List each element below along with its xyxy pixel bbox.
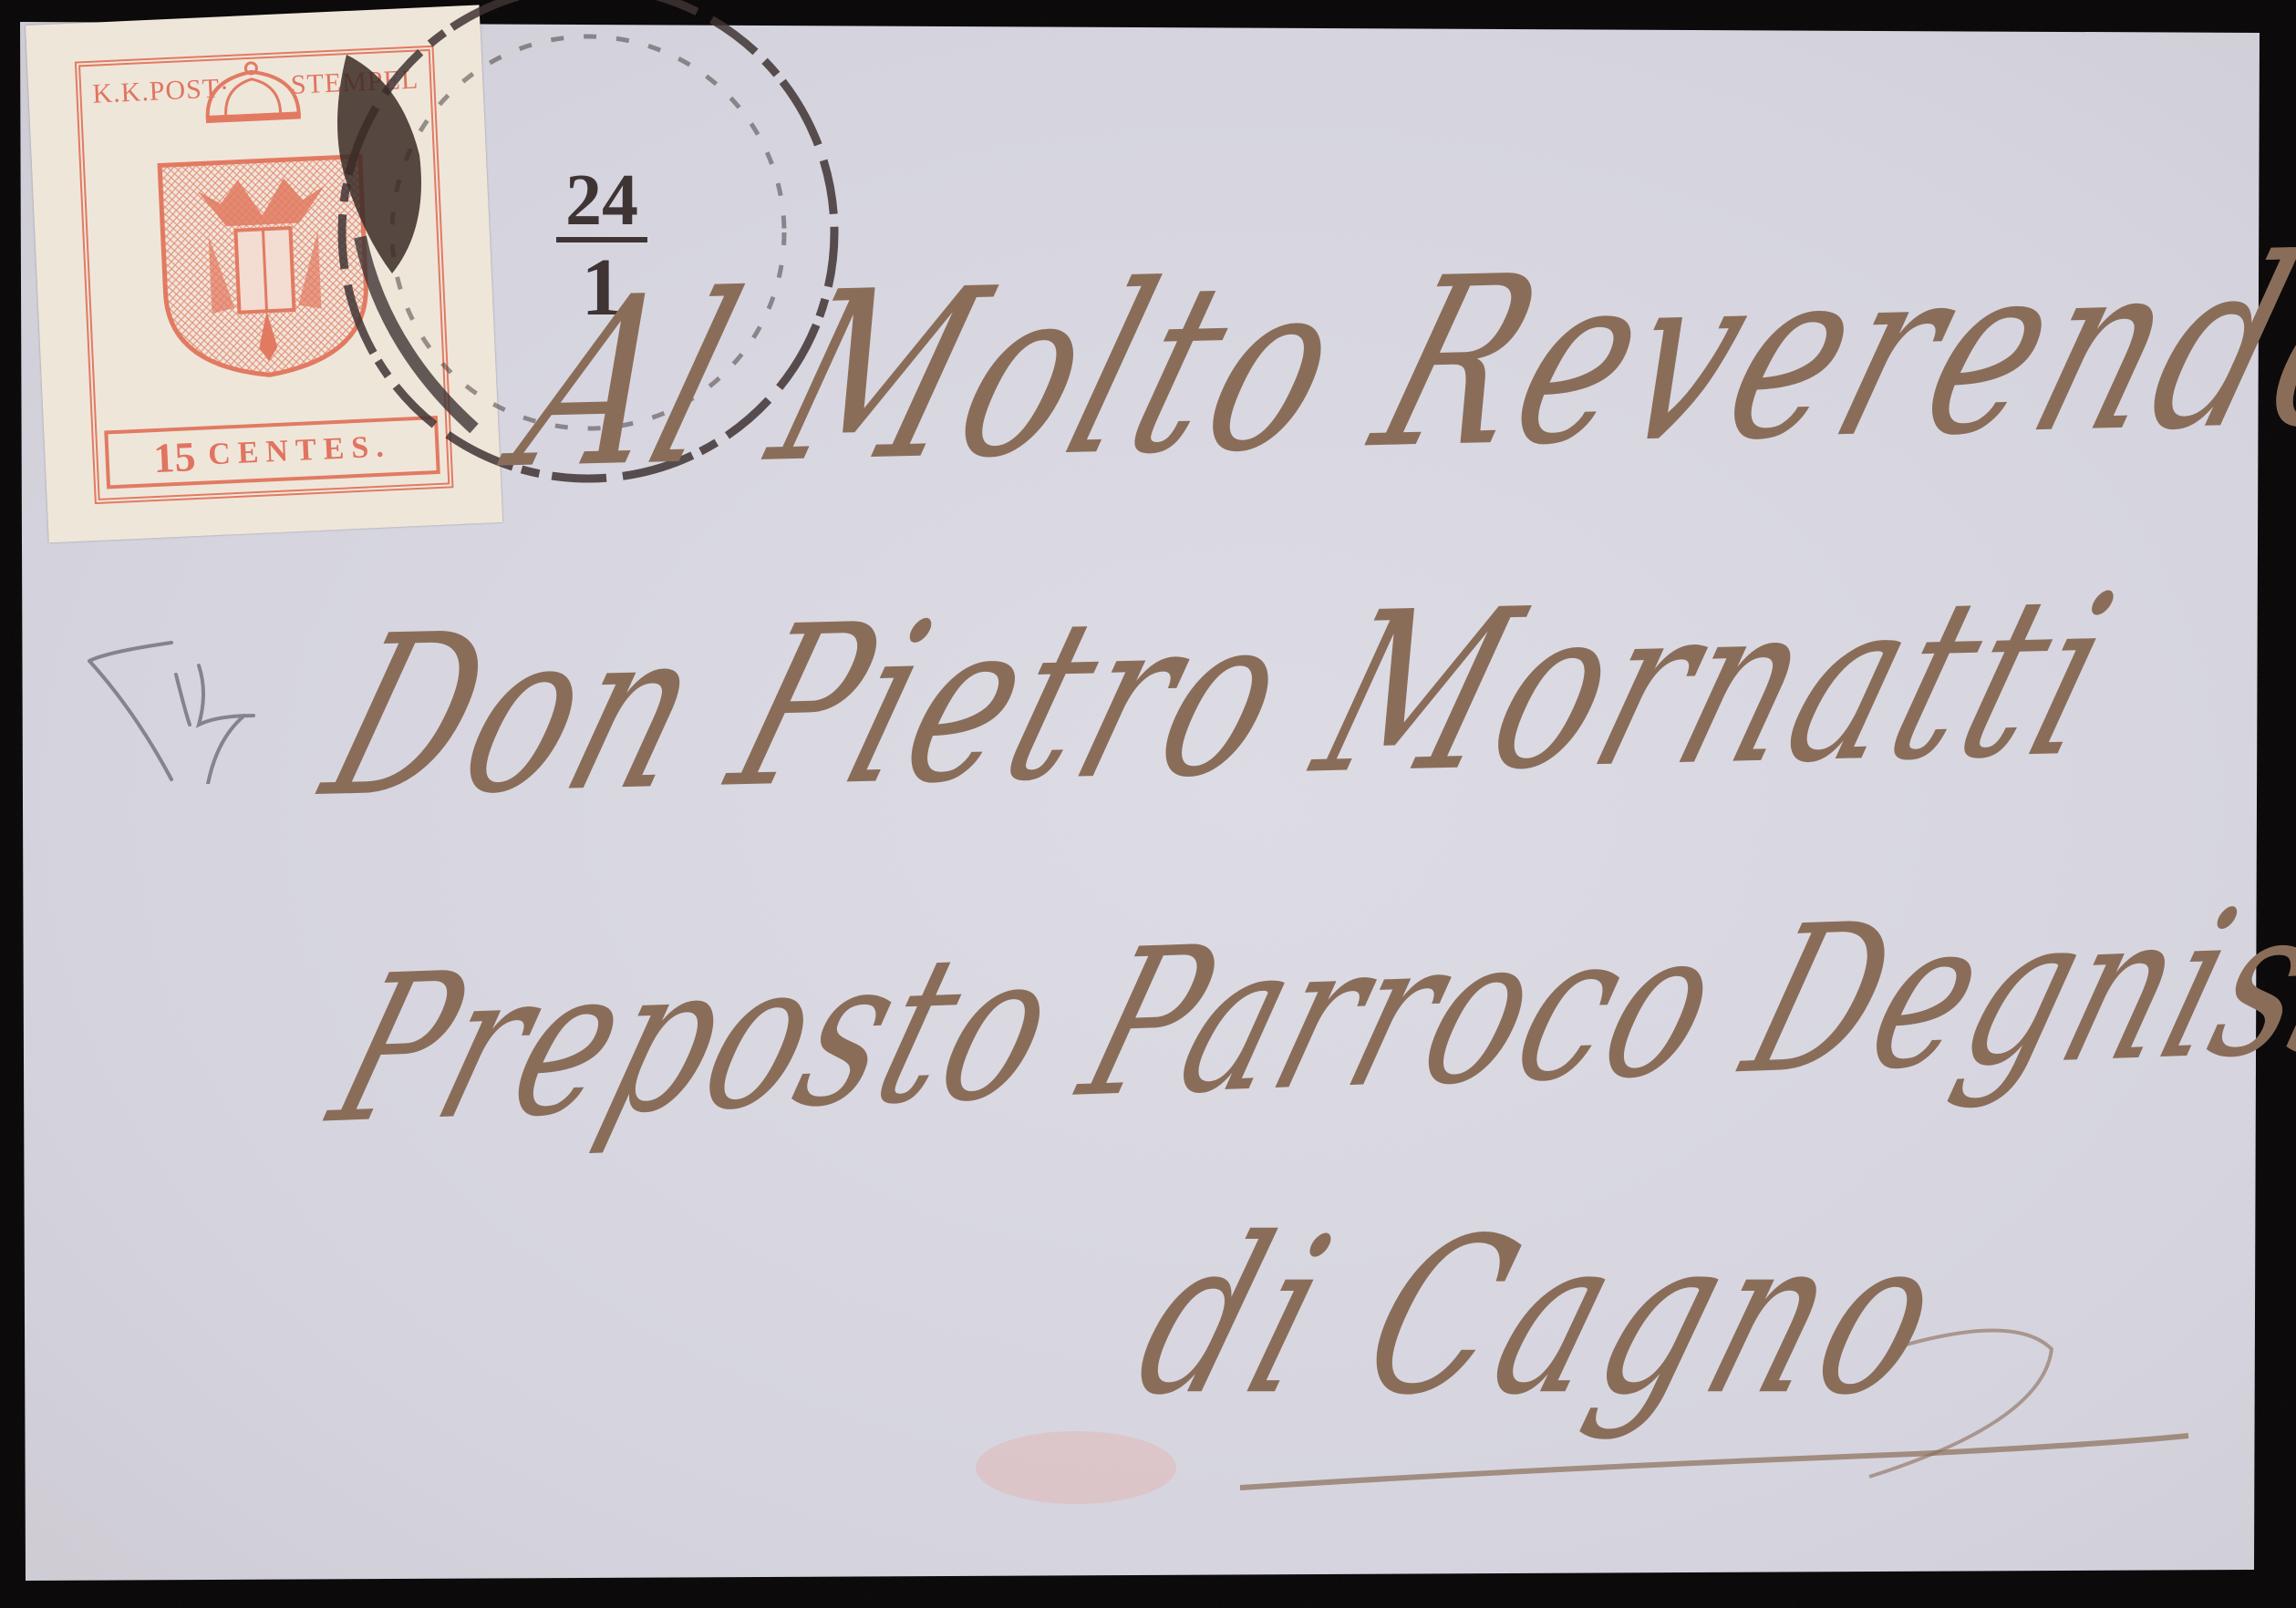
address-line-salutation: Al Molto Reverendo	[492, 205, 2296, 521]
stamp-value-number: 15	[152, 432, 196, 482]
address-line-town: di Cagno	[1112, 1193, 1974, 1443]
address-line-recipient: Don Pietro Mornatti	[301, 549, 2141, 847]
envelope: K.K.POST· STEMPEL 15 CENTES.	[0, 0, 2296, 1608]
postage-stamp: K.K.POST· STEMPEL 15 CENTES.	[26, 5, 502, 542]
pencil-expert-mark	[71, 611, 272, 784]
double-eagle-coat-of-arms-icon	[141, 147, 388, 386]
stamp-inscription-right: STEMPEL	[290, 65, 419, 101]
crown-icon	[196, 58, 308, 127]
postmark-day: 24	[556, 164, 647, 242]
stamp-value-unit: CENTES.	[207, 429, 391, 472]
